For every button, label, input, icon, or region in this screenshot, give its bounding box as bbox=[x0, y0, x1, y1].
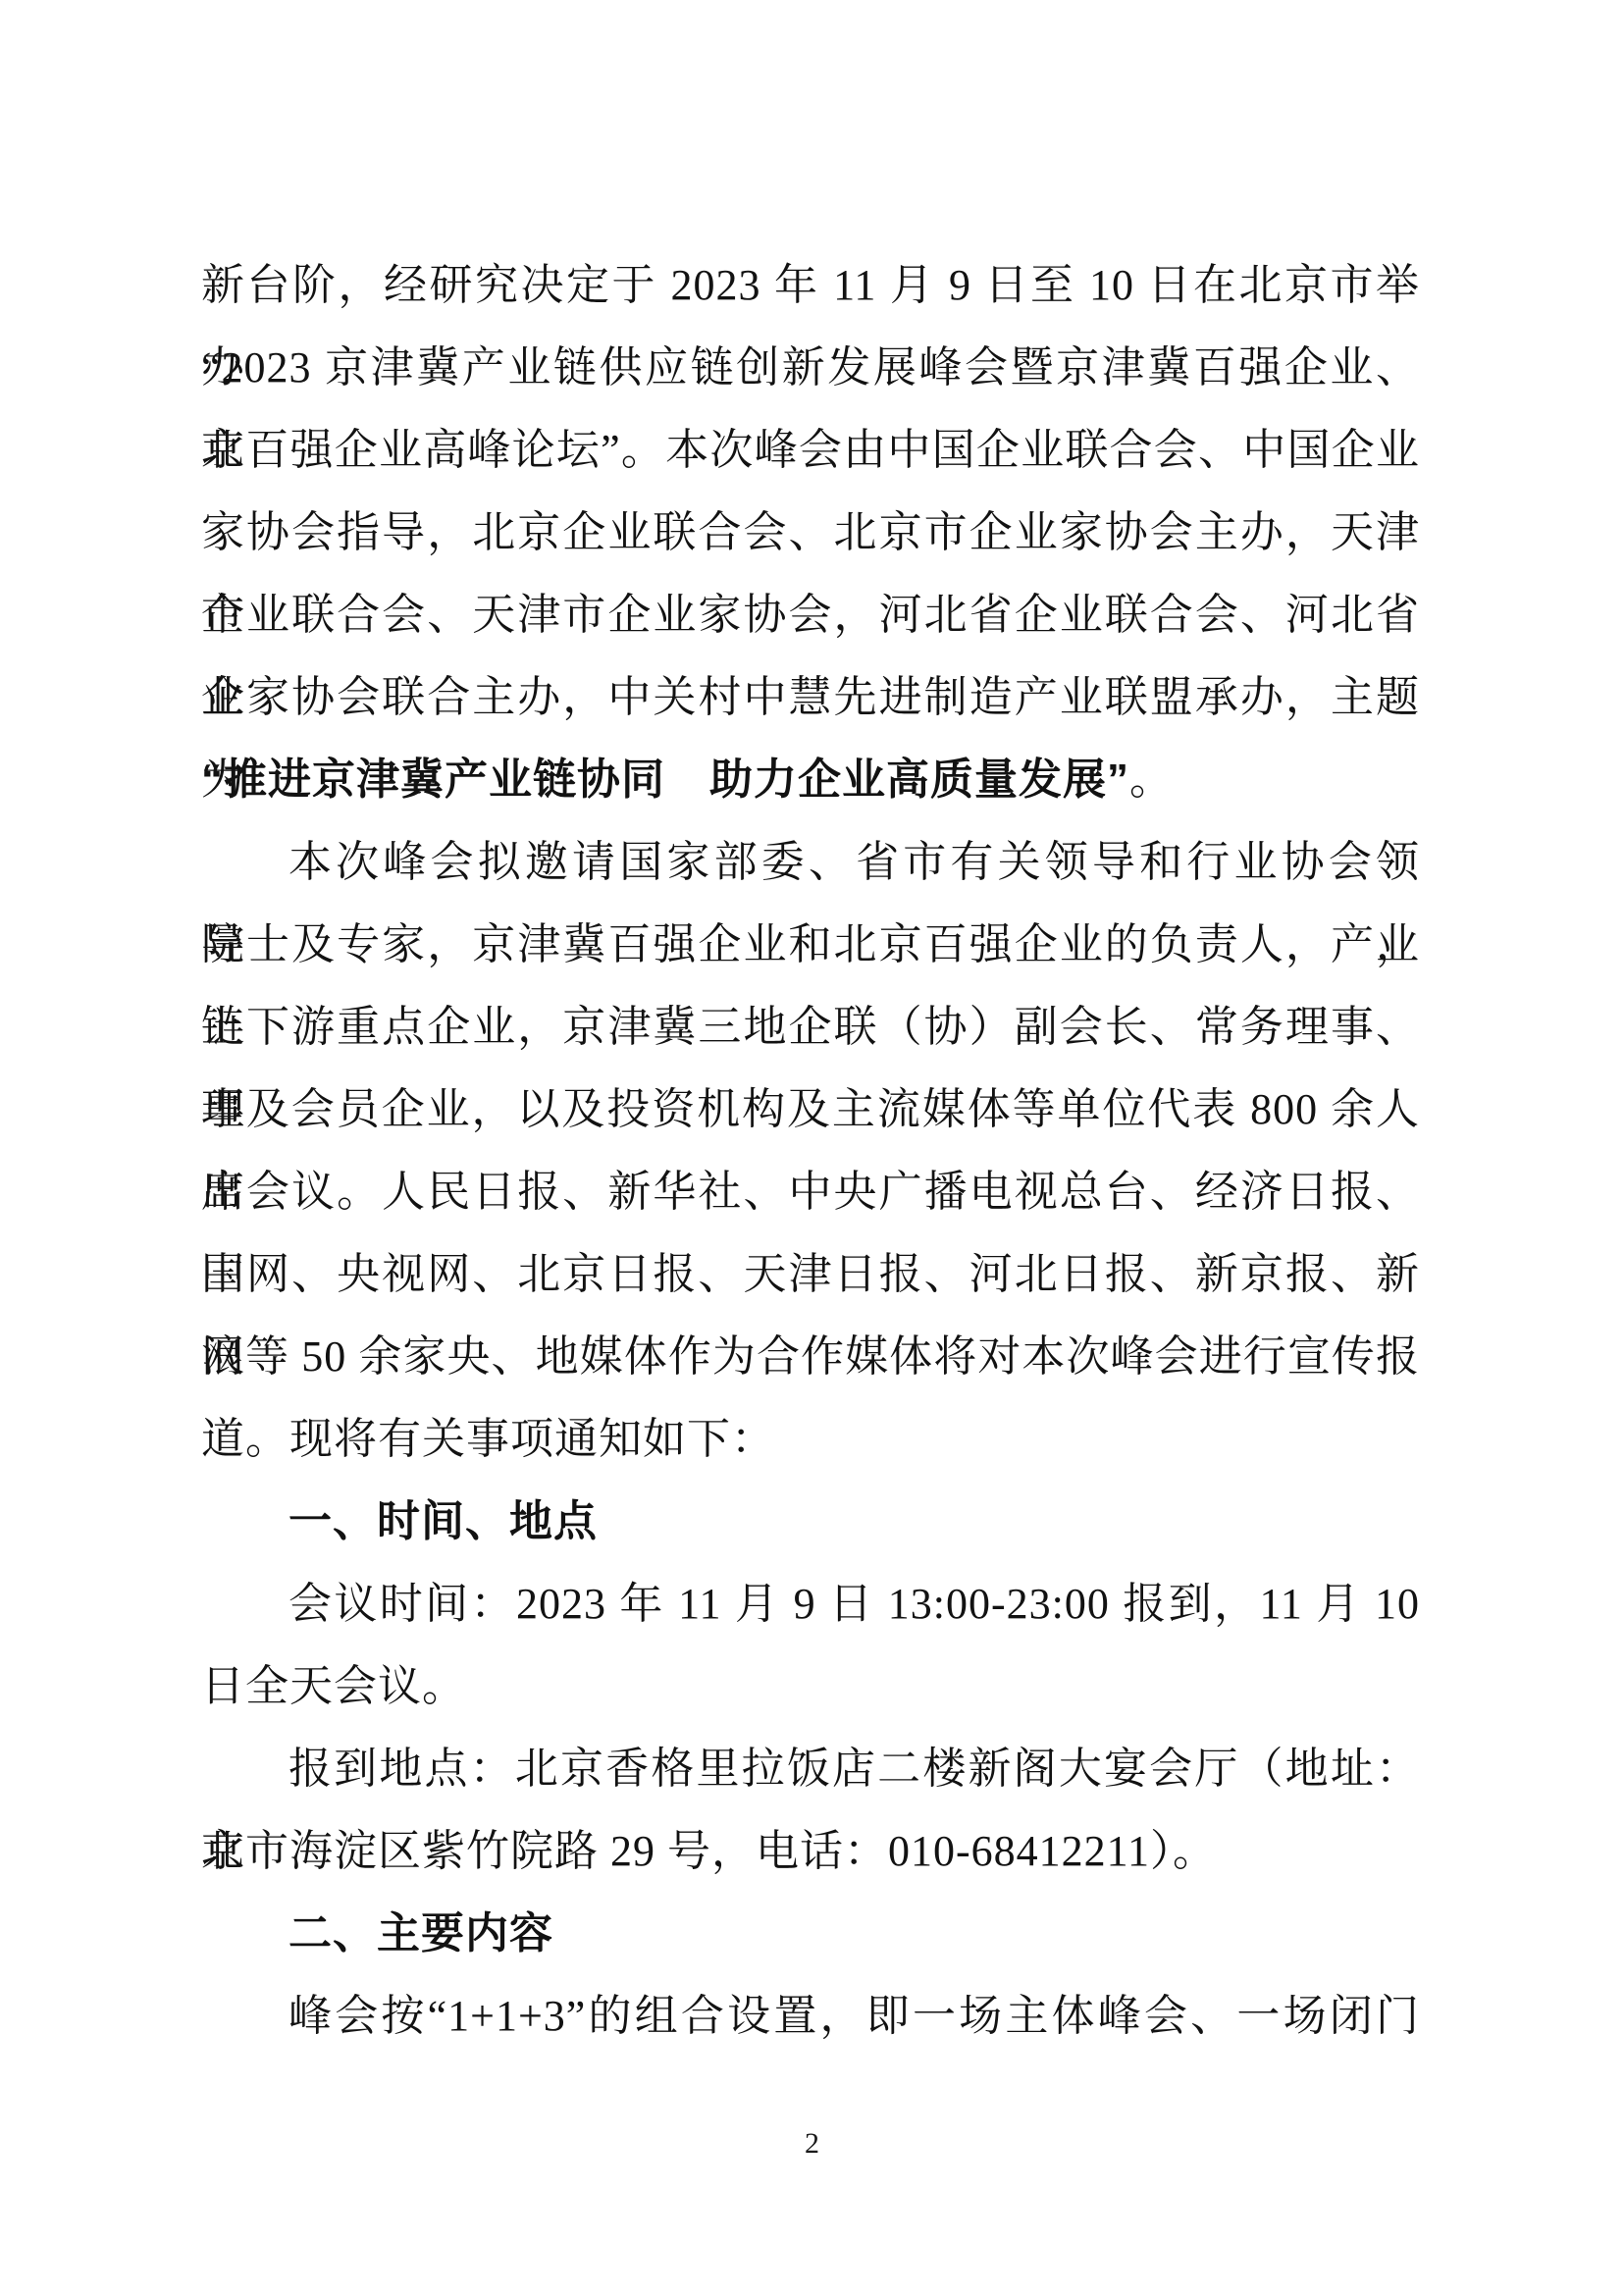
text-line: 会议时间：2023 年 11 月 9 日 13:00-23:00 报到，11 月… bbox=[201, 1563, 1420, 1645]
text-line: “2023 京津冀产业链供应链创新发展峰会暨京津冀百强企业、北 bbox=[201, 327, 1420, 409]
heading-2: 二、主要内容 bbox=[201, 1893, 1420, 1975]
text-line: 日全天会议。 bbox=[201, 1645, 1420, 1728]
text-line: 道。现将有关事项通知如下： bbox=[201, 1398, 1420, 1481]
paragraph-checkin-place: 报到地点：北京香格里拉饭店二楼新阁大宴会厅（地址：北京市海淀区紫竹院路 29 号… bbox=[201, 1728, 1420, 1893]
paragraph-meeting-time: 会议时间：2023 年 11 月 9 日 13:00-23:00 报到，11 月… bbox=[201, 1563, 1420, 1728]
text-line: 新台阶，经研究决定于 2023 年 11 月 9 日至 10 日在北京市举办 bbox=[201, 244, 1420, 327]
text-run: 。 bbox=[1129, 756, 1174, 804]
text-line: 企业联合会、天津市企业家协会，河北省企业联合会、河北省企 bbox=[201, 574, 1420, 656]
theme-line: “推进京津冀产业链协同 助力企业高质量发展”。 bbox=[201, 739, 1420, 821]
text-line: 上下游重点企业，京津冀三地企联（协）副会长、常务理事、理 bbox=[201, 986, 1420, 1069]
text-line: 京百强企业高峰论坛”。本次峰会由中国企业联合会、中国企业 bbox=[201, 409, 1420, 492]
text-line: “推进京津冀产业链协同 助力企业高质量发展”。 bbox=[201, 739, 1420, 821]
text-line: 京市海淀区紫竹院路 29 号，电话：010-68412211）。 bbox=[201, 1810, 1420, 1893]
paragraph-structure: 峰会按“1+1+3”的组合设置，即一场主体峰会、一场闭门 bbox=[201, 1975, 1420, 2058]
bold-text-run: “推进京津冀产业链协同 助力企业高质量发展” bbox=[201, 756, 1129, 804]
text-line: 国网、央视网、北京日报、天津日报、河北日报、新京报、新浪 bbox=[201, 1233, 1420, 1316]
text-line: 院士及专家，京津冀百强企业和北京百强企业的负责人，产业链 bbox=[201, 904, 1420, 986]
text-line: 席会议。人民日报、新华社、中央广播电视总台、经济日报、中 bbox=[201, 1151, 1420, 1233]
text-line: 网等 50 余家央、地媒体作为合作媒体将对本次峰会进行宣传报 bbox=[201, 1316, 1420, 1398]
text-line: 本次峰会拟邀请国家部委、省市有关领导和行业协会领导， bbox=[201, 821, 1420, 904]
text-line: 家协会指导，北京企业联合会、北京市企业家协会主办，天津市 bbox=[201, 492, 1420, 574]
text-line: 事及会员企业，以及投资机构及主流媒体等单位代表 800 余人出 bbox=[201, 1069, 1420, 1151]
text-line: 业家协会联合主办，中关村中慧先进制造产业联盟承办，主题为 bbox=[201, 656, 1420, 739]
text-line: 报到地点：北京香格里拉饭店二楼新阁大宴会厅（地址：北 bbox=[201, 1728, 1420, 1810]
paragraph-continued: 新台阶，经研究决定于 2023 年 11 月 9 日至 10 日在北京市举办“2… bbox=[201, 244, 1420, 739]
text-line: 峰会按“1+1+3”的组合设置，即一场主体峰会、一场闭门 bbox=[201, 1975, 1420, 2058]
document-content: 新台阶，经研究决定于 2023 年 11 月 9 日至 10 日在北京市举办“2… bbox=[201, 244, 1420, 2058]
document-page: 新台阶，经研究决定于 2023 年 11 月 9 日至 10 日在北京市举办“2… bbox=[0, 0, 1624, 2295]
heading-1: 一、时间、地点 bbox=[201, 1481, 1420, 1563]
page-number: 2 bbox=[0, 2122, 1624, 2165]
section-heading: 二、主要内容 bbox=[201, 1893, 1420, 1975]
section-heading: 一、时间、地点 bbox=[201, 1481, 1420, 1563]
paragraph-invitation: 本次峰会拟邀请国家部委、省市有关领导和行业协会领导，院士及专家，京津冀百强企业和… bbox=[201, 821, 1420, 1481]
